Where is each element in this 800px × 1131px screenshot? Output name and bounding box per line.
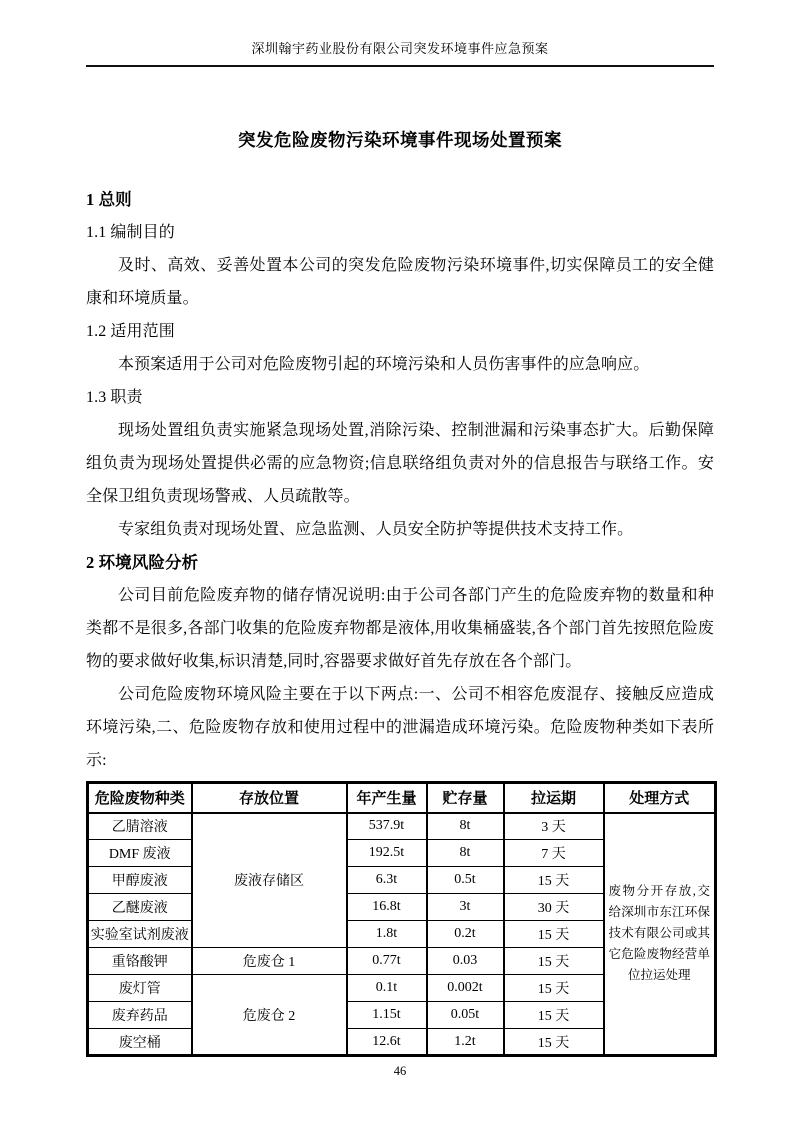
cell-annual-output: 0.77t [347,948,427,975]
cell-annual-output: 1.8t [347,921,427,948]
cell-storage-amount: 3t [427,894,504,921]
heading-risk-analysis: 2 环境风险分析 [86,546,714,579]
cell-storage-amount: 0.03 [427,948,504,975]
cell-location-warehouse-1: 危废仓 1 [192,948,347,975]
cell-haul-period: 15 天 [504,921,604,948]
heading-general-rules: 1 总则 [86,183,714,216]
paragraph-risk-2: 公司危险废物环境风险主要在于以下两点:一、公司不相容危废混存、接触反应造成环境污… [86,678,714,777]
cell-annual-output: 192.5t [347,840,427,867]
cell-annual-output: 16.8t [347,894,427,921]
cell-haul-period: 3 天 [504,813,604,840]
cell-storage-amount: 0.05t [427,1002,504,1029]
col-header-waste-type: 危险废物种类 [88,783,192,813]
cell-haul-period: 15 天 [504,948,604,975]
paragraph-duty-1: 现场处置组负责实施紧急现场处置,消除污染、控制泄漏和污染事态扩大。后勤保障组负责… [86,414,714,513]
page-number: 46 [86,1064,714,1079]
cell-waste-name: 废弃药品 [88,1002,192,1029]
cell-waste-name: DMF 废液 [88,840,192,867]
table-header-row: 危险废物种类 存放位置 年产生量 贮存量 拉运期 处理方式 [88,783,716,813]
cell-storage-amount: 1.2t [427,1029,504,1056]
heading-purpose: 1.1 编制目的 [86,216,714,249]
col-header-disposal: 处理方式 [604,783,716,813]
paragraph-purpose: 及时、高效、妥善处置本公司的突发危险废物污染环境事件,切实保障员工的安全健康和环… [86,249,714,315]
cell-haul-period: 15 天 [504,975,604,1002]
cell-haul-period: 30 天 [504,894,604,921]
cell-waste-name: 甲醇废液 [88,867,192,894]
cell-location-liquid-area: 废液存储区 [192,813,347,948]
cell-annual-output: 0.1t [347,975,427,1002]
cell-waste-name: 乙腈溶液 [88,813,192,840]
heading-duty: 1.3 职责 [86,381,714,414]
cell-annual-output: 537.9t [347,813,427,840]
heading-scope: 1.2 适用范围 [86,315,714,348]
table-row: 乙腈溶液 废液存储区 537.9t 8t 3 天 废物分开存放,交给深圳市东江环… [88,813,716,840]
hazardous-waste-table: 危险废物种类 存放位置 年产生量 贮存量 拉运期 处理方式 乙腈溶液 废液存储区… [86,781,717,1057]
cell-location-warehouse-2: 危废仓 2 [192,975,347,1056]
cell-waste-name: 重铬酸钾 [88,948,192,975]
paragraph-duty-2: 专家组负责对现场处置、应急监测、人员安全防护等提供技术支持工作。 [86,513,714,546]
cell-storage-amount: 0.5t [427,867,504,894]
col-header-storage-amount: 贮存量 [427,783,504,813]
cell-waste-name: 废空桶 [88,1029,192,1056]
cell-haul-period: 15 天 [504,1002,604,1029]
col-header-haul-period: 拉运期 [504,783,604,813]
cell-storage-amount: 0.2t [427,921,504,948]
cell-waste-name: 乙醚废液 [88,894,192,921]
document-page: 深圳翰宇药业股份有限公司突发环境事件应急预案 突发危险废物污染环境事件现场处置预… [0,0,800,1131]
cell-storage-amount: 8t [427,813,504,840]
cell-disposal-method: 废物分开存放,交给深圳市东江环保技术有限公司或其它危险废物经营单位拉运处理 [604,813,716,1056]
cell-annual-output: 6.3t [347,867,427,894]
running-header: 深圳翰宇药业股份有限公司突发环境事件应急预案 [86,0,714,67]
cell-haul-period: 15 天 [504,867,604,894]
paragraph-scope: 本预案适用于公司对危险废物引起的环境污染和人员伤害事件的应急响应。 [86,348,714,381]
cell-waste-name: 废灯管 [88,975,192,1002]
running-header-text: 深圳翰宇药业股份有限公司突发环境事件应急预案 [251,41,548,56]
col-header-location: 存放位置 [192,783,347,813]
cell-waste-name: 实验室试剂废液 [88,921,192,948]
paragraph-risk-1: 公司目前危险废弃物的储存情况说明:由于公司各部门产生的危险废弃物的数量和种类都不… [86,579,714,678]
document-body: 1 总则 1.1 编制目的 及时、高效、妥善处置本公司的突发危险废物污染环境事件… [86,183,714,777]
col-header-annual-output: 年产生量 [347,783,427,813]
cell-annual-output: 12.6t [347,1029,427,1056]
cell-haul-period: 7 天 [504,840,604,867]
page-title: 突发危险废物污染环境事件现场处置预案 [86,123,714,157]
cell-annual-output: 1.15t [347,1002,427,1029]
cell-storage-amount: 8t [427,840,504,867]
cell-storage-amount: 0.002t [427,975,504,1002]
cell-haul-period: 15 天 [504,1029,604,1056]
